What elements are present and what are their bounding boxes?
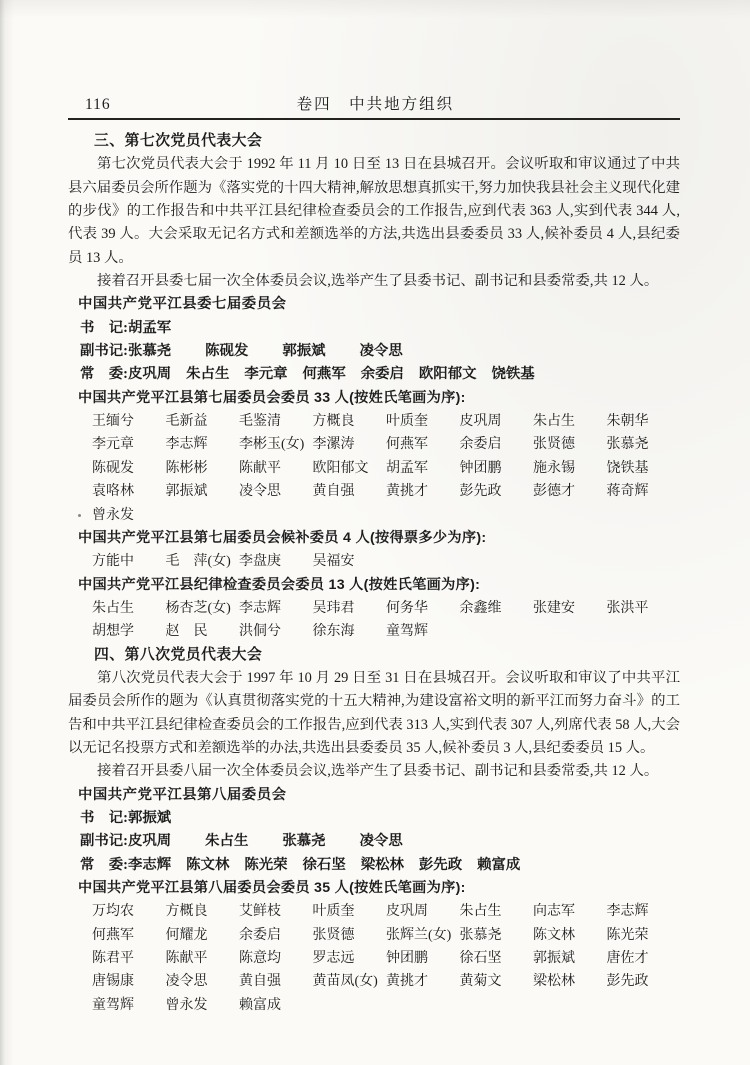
member-name: 张辉兰(女) [386,924,460,947]
member-name: 彭德才 [533,480,607,503]
member-list-heading: 中国共产党平江县纪律检查委员会委员 13 人(按姓氏笔画为序): [78,574,680,597]
member-list-heading: 中国共产党平江县第八届委员会委员 35 人(按姓氏笔画为序): [78,877,680,900]
member-name: 彭先政 [460,480,534,503]
member-name: 黄自强 [239,970,313,993]
member-name: 朱朝华 [607,410,681,433]
paragraph-line: 的步伐》的工作报告和中共平江县纪律检查委员会的工作报告,应到代表 363 人,实… [68,200,680,223]
name-grid-row: 王缅兮毛新益毛鉴清方概良叶质奎皮巩周朱占生朱朝华 [92,410,680,433]
member-name: 李志辉 [239,597,313,620]
member-name: 方能中 [92,550,166,573]
member-name: 陈献平 [239,457,313,480]
member-name: 方概良 [166,900,240,923]
member-name: 张建安 [533,597,607,620]
scan-speck [78,514,81,517]
member-name: 皮巩周 [386,900,460,923]
member-name: 毛 萍(女) [166,550,240,573]
roster-name: 朱占生 [186,363,229,386]
member-name: 袁咯林 [92,480,166,503]
roster-name: 郭振斌 [128,807,171,830]
name-grid-row: 唐锡康凌令思黄自强黄苗凤(女)黄挑才黄菊文梁松林彭先政 [92,970,680,993]
name-grid-row: 李元章李志辉李彬玉(女)李漯涛何燕军余委启张贤德张慕尧 [92,433,680,456]
member-name: 梁松林 [533,970,607,993]
roster-name: 胡孟军 [128,317,171,340]
roster-name: 张慕尧 [282,830,325,853]
roster-label: 书 记: [80,320,128,336]
member-name: 余委启 [460,433,534,456]
member-name: 彭先政 [607,970,681,993]
member-name: 杨杏芝(女) [166,597,240,620]
member-name: 陈君平 [92,947,166,970]
member-name: 何燕军 [386,433,460,456]
roster-name: 凌令思 [360,340,403,363]
member-name: 张慕尧 [607,433,681,456]
roster-name: 欧阳郁文 [419,363,477,386]
member-name: 罗志远 [313,947,387,970]
member-name: 吴玮君 [313,597,387,620]
page-content: 116 卷四 中共地方组织 三、第七次党员代表大会第七次党员代表大会于 1992… [68,94,680,1017]
member-name: 钟团鹏 [386,947,460,970]
member-name: 何燕军 [92,924,166,947]
member-name: 朱占生 [460,900,534,923]
member-name: 陈献平 [166,947,240,970]
member-name: 李志辉 [166,433,240,456]
member-name: 饶铁基 [607,457,681,480]
member-name: 方概良 [313,410,387,433]
member-name: 毛新益 [166,410,240,433]
name-grid-row: 何燕军何耀龙余委启张贤德张辉兰(女)张慕尧陈文林陈光荣 [92,924,680,947]
member-name: 张慕尧 [460,924,534,947]
roster-name: 朱占生 [205,830,248,853]
member-name: 郭振斌 [533,947,607,970]
member-name: 陈砚发 [92,457,166,480]
member-name: 唐锡康 [92,970,166,993]
roster-row: 副书记:皮巩周朱占生张慕尧凌令思 [80,830,680,853]
member-name: 李志辉 [607,900,681,923]
member-name: 向志军 [533,900,607,923]
member-name: 李盘庚 [239,550,313,573]
paragraph-line: 代表 39 人。大会采取无记名方式和差额选举的方法,共选出县委委员 33 人,候… [68,223,680,246]
committee-title: 中国共产党平江县第八届委员会 [78,784,680,807]
member-name: 胡想学 [92,620,166,643]
paragraph-line: 接着召开县委八届一次全体委员会议,选举产生了县委书记、副书记和县委常委,共 12… [68,760,680,783]
paragraph-line: 告和中共平江县纪律检查委员会的工作报告,应到代表 313 人,实到代表 307 … [68,714,680,737]
paragraph-line: 第八次党员代表大会于 1997 年 10 月 29 日至 31 日在县城召开。会… [68,667,680,690]
member-name: 李彬玉(女) [239,433,313,456]
roster-label: 常 委: [80,366,128,382]
roster-label: 副书记: [80,343,128,359]
member-name: 陈文林 [533,924,607,947]
member-name: 凌令思 [239,480,313,503]
roster-row: 常 委:李志辉陈文林陈光荣徐石坚梁松林彭先政赖富成 [80,854,680,877]
book-page-scan: 116 卷四 中共地方组织 三、第七次党员代表大会第七次党员代表大会于 1992… [0,0,750,1065]
roster-name: 梁松林 [361,854,404,877]
roster-name: 赖富成 [477,854,520,877]
roster-name: 陈光荣 [244,854,287,877]
member-name: 曾永发 [166,994,240,1017]
name-grid-row: 陈君平陈献平陈意均罗志远钟团鹏徐石坚郭振斌唐佐才 [92,947,680,970]
paragraph-line: 届委员会所作的题为《认真贯彻落实党的十五大精神,为建设富裕文明的新平江而努力奋斗… [68,690,680,713]
member-name: 陈光荣 [607,924,681,947]
member-name: 蒋奇辉 [607,480,681,503]
name-grid-row: 曾永发 [92,504,680,527]
header-rule [68,118,680,120]
member-name: 李元章 [92,433,166,456]
name-grid-row: 万均农方概良艾鲜枝叶质奎皮巩周朱占生向志军李志辉 [92,900,680,923]
member-name: 吴福安 [313,550,387,573]
roster-row: 副书记:张慕尧陈砚发郭振斌凌令思 [80,340,680,363]
roster-name: 凌令思 [360,830,403,853]
roster-row: 书 记:胡孟军 [80,317,680,340]
member-name: 钟团鹏 [460,457,534,480]
member-name: 万均农 [92,900,166,923]
name-grid-row: 朱占生杨杏芝(女)李志辉吴玮君何务华余鑫维张建安张洪平 [92,597,680,620]
name-grid-row: 陈砚发陈彬彬陈献平欧阳郁文胡孟军钟团鹏施永锡饶铁基 [92,457,680,480]
member-name: 郭振斌 [166,480,240,503]
roster-label: 副书记: [80,833,128,849]
member-name: 欧阳郁文 [313,457,387,480]
member-name: 余委启 [239,924,313,947]
section-heading: 四、第八次党员代表大会 [94,644,680,667]
roster-label: 书 记: [80,810,128,826]
roster-label: 常 委: [80,857,128,873]
name-grid-row: 袁咯林郭振斌凌令思黄自强黄挑才彭先政彭德才蒋奇辉 [92,480,680,503]
member-name: 余鑫维 [460,597,534,620]
name-grid-row: 胡想学赵 民洪侗兮徐东海童驾辉 [92,620,680,643]
member-name: 王缅兮 [92,410,166,433]
paragraph-line: 以无记名投票方式和差额选举的办法,共选出县委委员 35 人,候补委员 3 人,县… [68,737,680,760]
member-name: 艾鲜枝 [239,900,313,923]
member-name: 施永锡 [533,457,607,480]
roster-name: 张慕尧 [128,340,171,363]
committee-title: 中国共产党平江县委七届委员会 [78,293,680,316]
member-name: 朱占生 [92,597,166,620]
member-name: 凌令思 [166,970,240,993]
roster-name: 陈砚发 [205,340,248,363]
member-name: 朱占生 [533,410,607,433]
roster-name: 徐石坚 [303,854,346,877]
member-list-heading: 中国共产党平江县第七届委员会委员 33 人(按姓氏笔画为序): [78,387,680,410]
member-list-heading: 中国共产党平江县第七届委员会候补委员 4 人(按得票多少为序): [78,527,680,550]
roster-name: 陈文林 [186,854,229,877]
name-grid-row: 方能中毛 萍(女)李盘庚吴福安 [92,550,680,573]
roster-name: 饶铁基 [491,363,534,386]
page-number: 116 [85,94,111,116]
member-name: 黄苗凤(女) [313,970,387,993]
roster-name: 李志辉 [128,854,171,877]
paragraph-line: 县六届委员会所作题为《落实党的十四大精神,解放思想真抓实干,努力加快我县社会主义… [68,177,680,200]
roster-row: 书 记:郭振斌 [80,807,680,830]
member-name: 黄挑才 [386,970,460,993]
member-name: 唐佐才 [607,947,681,970]
member-name: 何务华 [386,597,460,620]
member-name: 毛鉴清 [239,410,313,433]
paragraph-line: 第七次党员代表大会于 1992 年 11 月 10 日至 13 日在县城召开。会… [68,153,680,176]
member-name: 张贤德 [533,433,607,456]
member-name: 叶质奎 [386,410,460,433]
member-name: 徐石坚 [460,947,534,970]
name-grid-row: 童驾辉曾永发赖富成 [92,994,680,1017]
roster-name: 余委启 [361,363,404,386]
member-name: 徐东海 [313,620,387,643]
member-name: 黄菊文 [460,970,534,993]
roster-name: 皮巩周 [128,363,171,386]
page-body: 三、第七次党员代表大会第七次党员代表大会于 1992 年 11 月 10 日至 … [68,130,680,1017]
member-name: 陈彬彬 [166,457,240,480]
member-name: 童驾辉 [386,620,460,643]
member-name: 曾永发 [92,504,166,527]
running-header-title: 卷四 中共地方组织 [111,94,680,116]
member-name: 黄自强 [313,480,387,503]
running-header: 116 卷四 中共地方组织 [68,94,680,116]
member-name: 赖富成 [239,994,313,1017]
member-name: 李漯涛 [313,433,387,456]
member-name: 童驾辉 [92,994,166,1017]
member-name: 何耀龙 [166,924,240,947]
roster-name: 皮巩周 [128,830,171,853]
member-name: 陈意均 [239,947,313,970]
member-name: 胡孟军 [386,457,460,480]
member-name: 黄挑才 [386,480,460,503]
member-name: 皮巩周 [460,410,534,433]
roster-row: 常 委:皮巩周朱占生李元章何燕军余委启欧阳郁文饶铁基 [80,363,680,386]
roster-name: 彭先政 [419,854,462,877]
roster-name: 郭振斌 [282,340,325,363]
roster-name: 何燕军 [303,363,346,386]
section-heading: 三、第七次党员代表大会 [94,130,680,153]
paragraph-line: 员 13 人。 [68,247,680,270]
paragraph-line: 接着召开县委七届一次全体委员会议,选举产生了县委书记、副书记和县委常委,共 12… [68,270,680,293]
member-name: 洪侗兮 [239,620,313,643]
member-name: 赵 民 [166,620,240,643]
member-name: 张贤德 [313,924,387,947]
member-name: 张洪平 [607,597,681,620]
roster-name: 李元章 [244,363,287,386]
member-name: 叶质奎 [313,900,387,923]
